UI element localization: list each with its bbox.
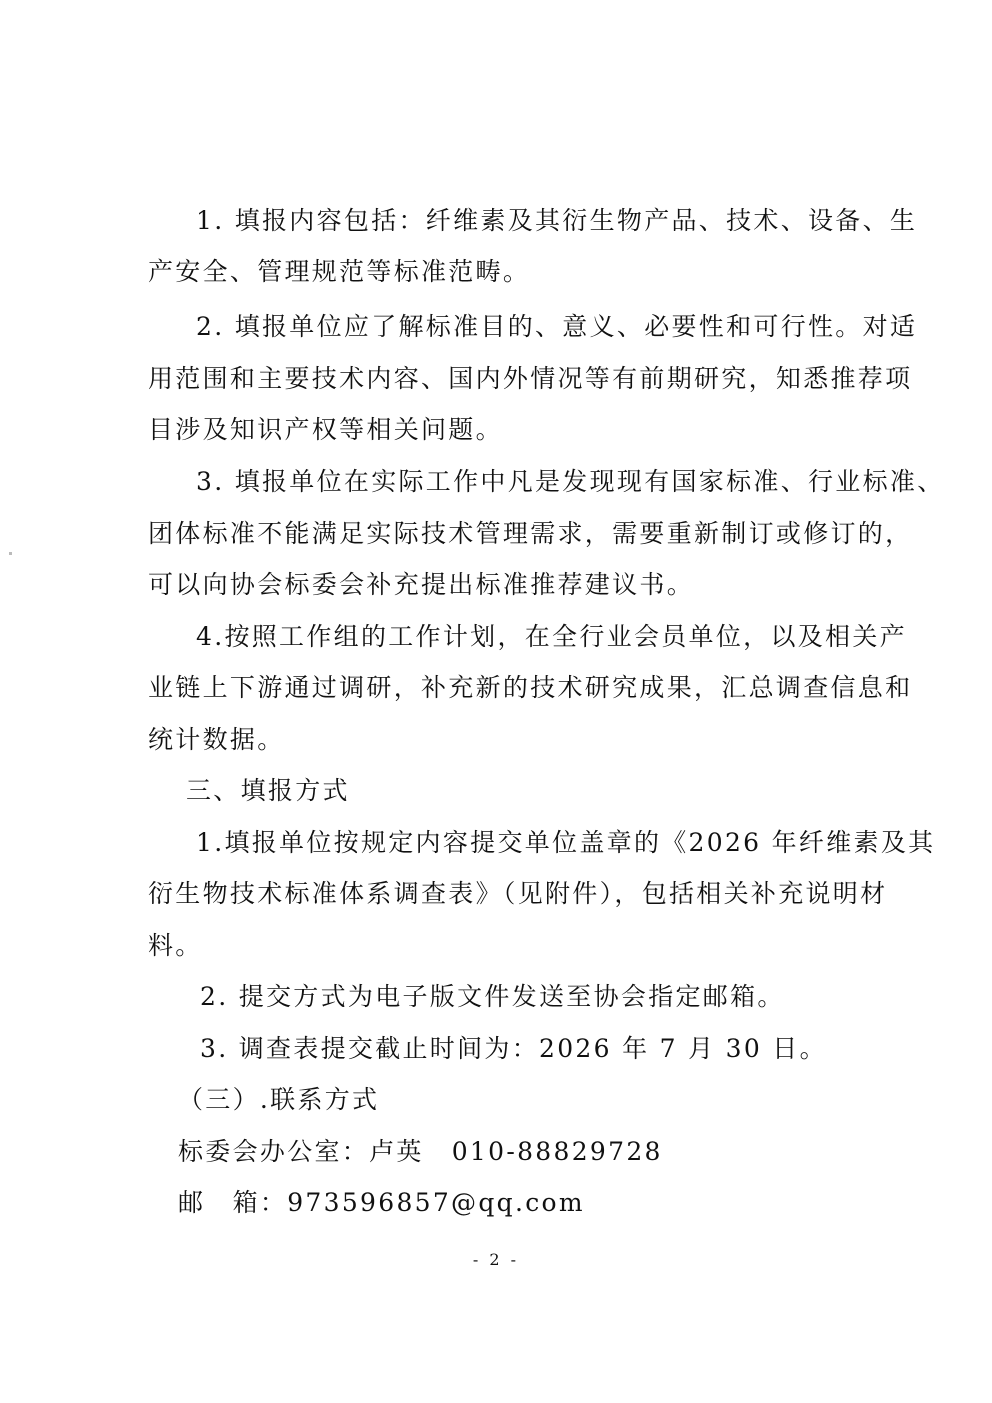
item-3-line-3: 可以向协会标委会补充提出标准推荐建议书。 — [148, 569, 694, 601]
submission-item-2: 2. 提交方式为电子版文件发送至协会指定邮箱。 — [200, 981, 785, 1013]
contact-email-line: 邮 箱：973596857@qq.com — [178, 1187, 585, 1219]
item-3-line-1: 3. 填报单位在实际工作中凡是发现现有国家标准、行业标准、 — [196, 466, 945, 498]
section-heading-submission-method: 三、填报方式 — [186, 775, 350, 807]
submission-item-1-line-3: 料。 — [148, 930, 203, 962]
contact-office-label: 标委会办公室： — [178, 1137, 369, 1166]
item-1-line-2: 产安全、管理规范等标准范畴。 — [148, 256, 530, 288]
item-1-line-1: 1. 填报内容包括：纤维素及其衍生物产品、技术、设备、生 — [196, 205, 917, 237]
item-3-line-2: 团体标准不能满足实际技术管理需求，需要重新制订或修订的， — [148, 518, 912, 550]
item-2-line-1: 2. 填报单位应了解标准目的、意义、必要性和可行性。对适 — [196, 311, 917, 343]
item-4-line-2: 业链上下游通过调研，补充新的技术研究成果，汇总调查信息和 — [148, 672, 912, 704]
item-2-line-3: 目涉及知识产权等相关问题。 — [148, 414, 503, 446]
contact-office-person: 卢英 — [369, 1137, 424, 1166]
item-4-line-3: 统计数据。 — [148, 724, 285, 756]
item-4-line-1: 4.按照工作组的工作计划，在全行业会员单位，以及相关产 — [196, 621, 907, 653]
contact-office-line: 标委会办公室：卢英010-88829728 — [178, 1136, 663, 1168]
contact-office-phone: 010-88829728 — [452, 1137, 663, 1166]
document-page: 1. 填报内容包括：纤维素及其衍生物产品、技术、设备、生 产安全、管理规范等标准… — [0, 0, 992, 1403]
contact-heading: （三）.联系方式 — [178, 1084, 379, 1116]
submission-item-1-line-1: 1.填报单位按规定内容提交单位盖章的《2026 年纤维素及其 — [196, 827, 935, 859]
submission-item-1-line-2: 衍生物技术标准体系调查表》（见附件），包括相关补充说明材 — [148, 878, 887, 910]
page-number: - 2 - — [0, 1250, 992, 1269]
contact-email-label: 邮 箱： — [178, 1188, 287, 1217]
submission-item-3-deadline: 3. 调查表提交截止时间为：2026 年 7 月 30 日。 — [200, 1033, 827, 1065]
scan-artifact — [9, 552, 12, 555]
item-2-line-2: 用范围和主要技术内容、国内外情况等有前期研究，知悉推荐项 — [148, 363, 912, 395]
contact-email-value: 973596857@qq.com — [287, 1188, 585, 1217]
